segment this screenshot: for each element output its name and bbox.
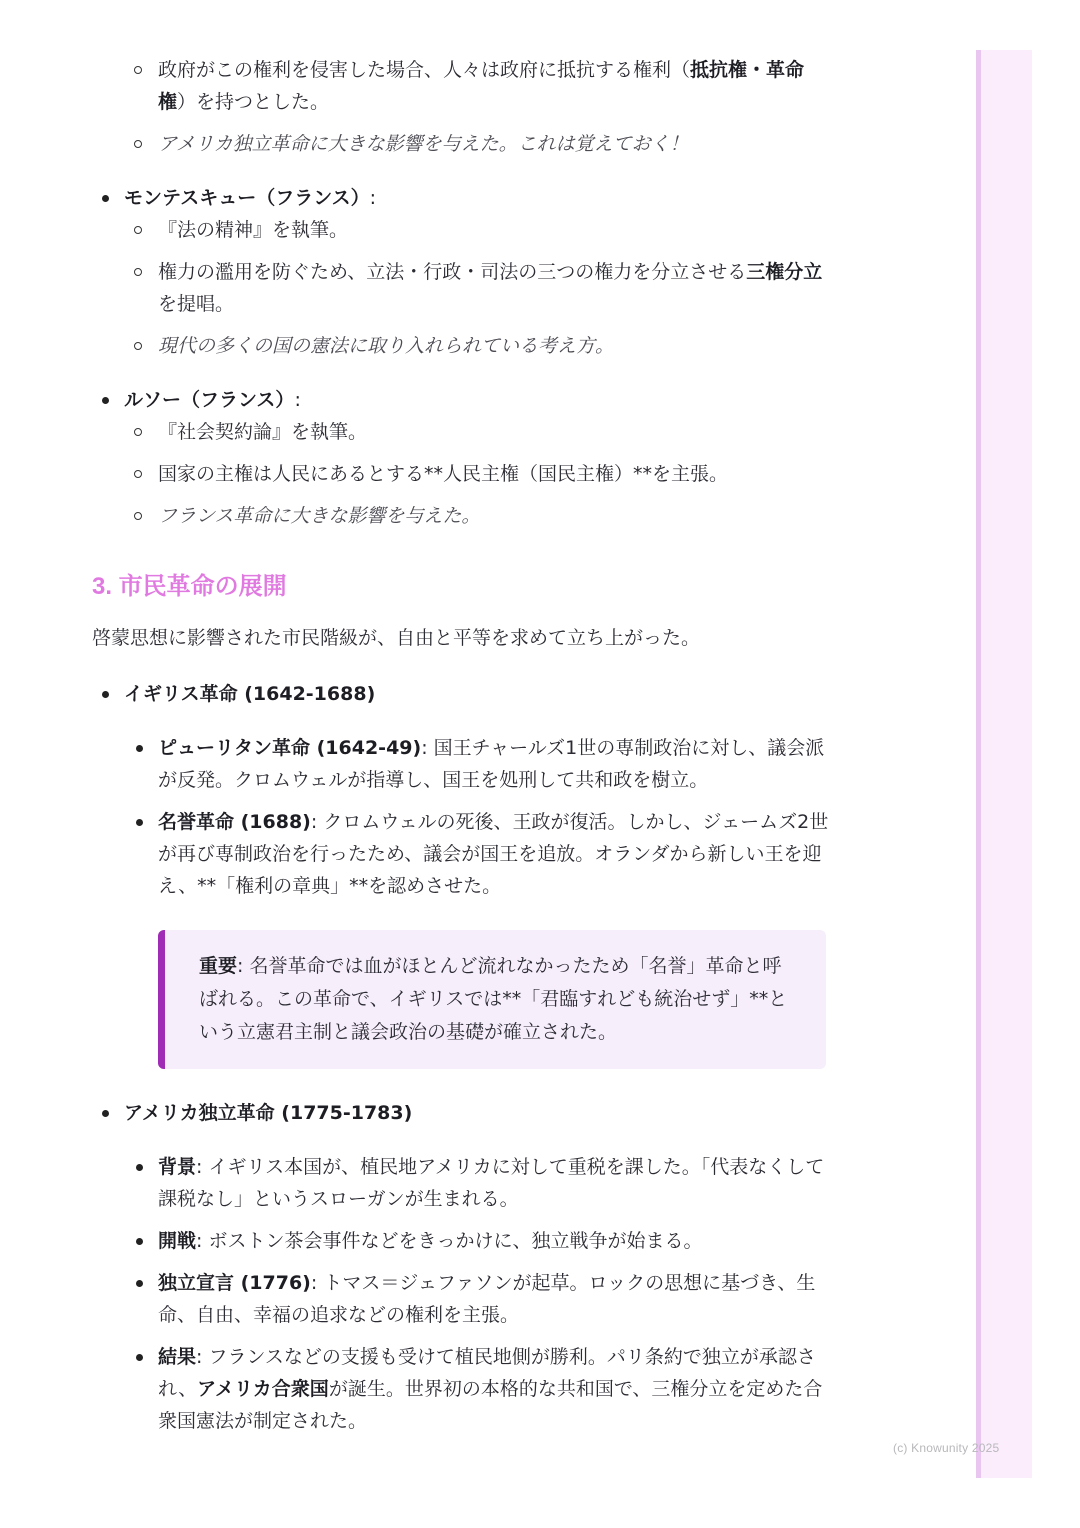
list-item: 開戦: ボストン茶会事件などをきっかけに、独立戦争が始まる。 bbox=[92, 1225, 832, 1257]
list-item: 独立宣言 (1776): トマス＝ジェファソンが起草。ロックの思想に基づき、生命… bbox=[92, 1267, 832, 1331]
section-heading: 3. 市民革命の展開 bbox=[92, 570, 832, 604]
thinker-montesquieu: モンテスキュー（フランス）: bbox=[92, 182, 832, 214]
important-callout: 重要: 名誉革命では血がほとんど流れなかったため「名誉」革命と呼ばれる。この革命… bbox=[158, 930, 826, 1069]
list-item: ピューリタン革命 (1642-49): 国王チャールズ1世の専制政治に対し、議会… bbox=[92, 732, 832, 796]
list-item: 結果: フランスなどの支援も受けて植民地側が勝利。パリ条約で独立が承認され、アメ… bbox=[92, 1341, 832, 1437]
list-item: 国家の主権は人民にあるとする**人民主権（国民主権）**を主張。 bbox=[92, 458, 832, 490]
side-panel bbox=[976, 50, 1032, 1478]
list-item: 政府がこの権利を侵害した場合、人々は政府に抵抗する権利（抵抗権・革命権）を持つと… bbox=[92, 54, 832, 118]
list-item: 『社会契約論』を執筆。 bbox=[92, 416, 832, 448]
list-item: 『法の精神』を執筆。 bbox=[92, 214, 832, 246]
thinker-rousseau: ルソー（フランス）: bbox=[92, 384, 832, 416]
american-revolution-title: アメリカ独立革命 (1775-1783) bbox=[92, 1097, 832, 1129]
document-page: 政府がこの権利を侵害した場合、人々は政府に抵抗する権利（抵抗権・革命権）を持つと… bbox=[92, 50, 832, 1437]
copyright-text: (c) Knowunity 2025 bbox=[893, 1441, 999, 1455]
list-item: 権力の濫用を防ぐため、立法・行政・司法の三つの権力を分立させる三権分立を提唱。 bbox=[92, 256, 832, 320]
english-revolution-title: イギリス革命 (1642-1688) bbox=[92, 678, 832, 710]
section-intro: 啓蒙思想に影響された市民階級が、自由と平等を求めて立ち上がった。 bbox=[92, 622, 832, 654]
list-item: フランス革命に大きな影響を与えた。 bbox=[92, 500, 832, 532]
list-item: 名誉革命 (1688): クロムウェルの死後、王政が復活。しかし、ジェームズ2世… bbox=[92, 806, 832, 902]
list-item: 現代の多くの国の憲法に取り入れられている考え方。 bbox=[92, 330, 832, 362]
list-item: 背景: イギリス本国が、植民地アメリカに対して重税を課した。「代表なくして課税な… bbox=[92, 1151, 832, 1215]
list-item: アメリカ独立革命に大きな影響を与えた。これは覚えておく！ bbox=[92, 128, 832, 160]
